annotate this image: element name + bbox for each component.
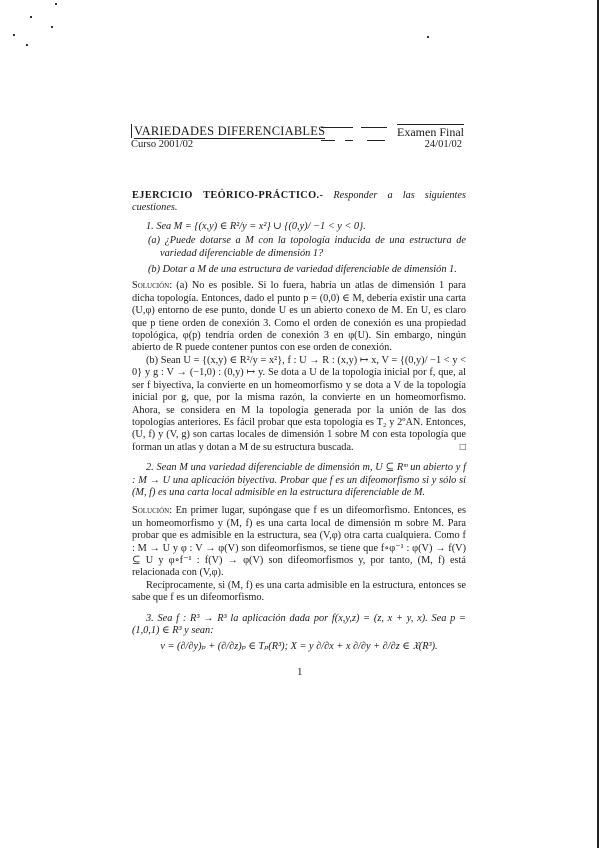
- problem-statement: 3. Sea f : R³ → R³ la aplicación dada po…: [132, 613, 466, 638]
- problem-1: 1. Sea M = {(x,y) ∈ R²/y = x²} ∪ {(0,y)/…: [132, 221, 466, 454]
- problem-statement: 1. Sea M = {(x,y) ∈ R²/y = x²} ∪ {(0,y)/…: [132, 221, 466, 233]
- problem-part-a: (a) ¿Puede dotarse a M con la topología …: [144, 235, 466, 260]
- course-year: Curso 2001/02: [131, 139, 193, 151]
- exam-body: EJERCICIO TEÓRICO-PRÁCTICO.- Responder a…: [132, 190, 466, 662]
- scan-speck: [55, 3, 57, 5]
- problem-3: 3. Sea f : R³ → R³ la aplicación dada po…: [132, 613, 466, 654]
- scan-speck: [13, 34, 15, 36]
- qed-symbol: □: [446, 442, 466, 454]
- problem-2: 2. Sean M una variedad diferenciable de …: [132, 462, 466, 604]
- scan-speck: [26, 44, 28, 46]
- course-title: VARIEDADES DIFERENCIABLES: [131, 124, 325, 138]
- solution-converse: Recíprocamente, si (M, f) es una carta a…: [132, 580, 466, 605]
- solution-direct: Solución: En primer lugar, supóngase que…: [132, 505, 466, 579]
- problem-part-b: (b) Dotar a M de una estructura de varie…: [144, 264, 466, 276]
- exam-label: Examen Final: [397, 124, 464, 139]
- exam-date: 24/01/02: [425, 139, 462, 151]
- problem-statement: 2. Sean M una variedad diferenciable de …: [132, 462, 466, 499]
- page-number: 1: [297, 666, 303, 678]
- scan-speck: [30, 16, 32, 18]
- problem-formula: v = (∂/∂y)ₚ + (∂/∂z)ₚ ∈ Tₚ(R³); X = y ∂/…: [132, 641, 466, 653]
- solution-a: Solución: (a) No es posible. Si lo fuera…: [132, 280, 466, 354]
- solution-b: (b) Sean U = {(x,y) ∈ R²/y = x²}, f : U …: [132, 355, 466, 454]
- exercise-heading: EJERCICIO TEÓRICO-PRÁCTICO.- Responder a…: [132, 190, 466, 215]
- scan-speck: [51, 26, 53, 28]
- scan-speck: [427, 36, 429, 38]
- document-page: VARIEDADES DIFERENCIABLES Examen Final C…: [0, 0, 599, 848]
